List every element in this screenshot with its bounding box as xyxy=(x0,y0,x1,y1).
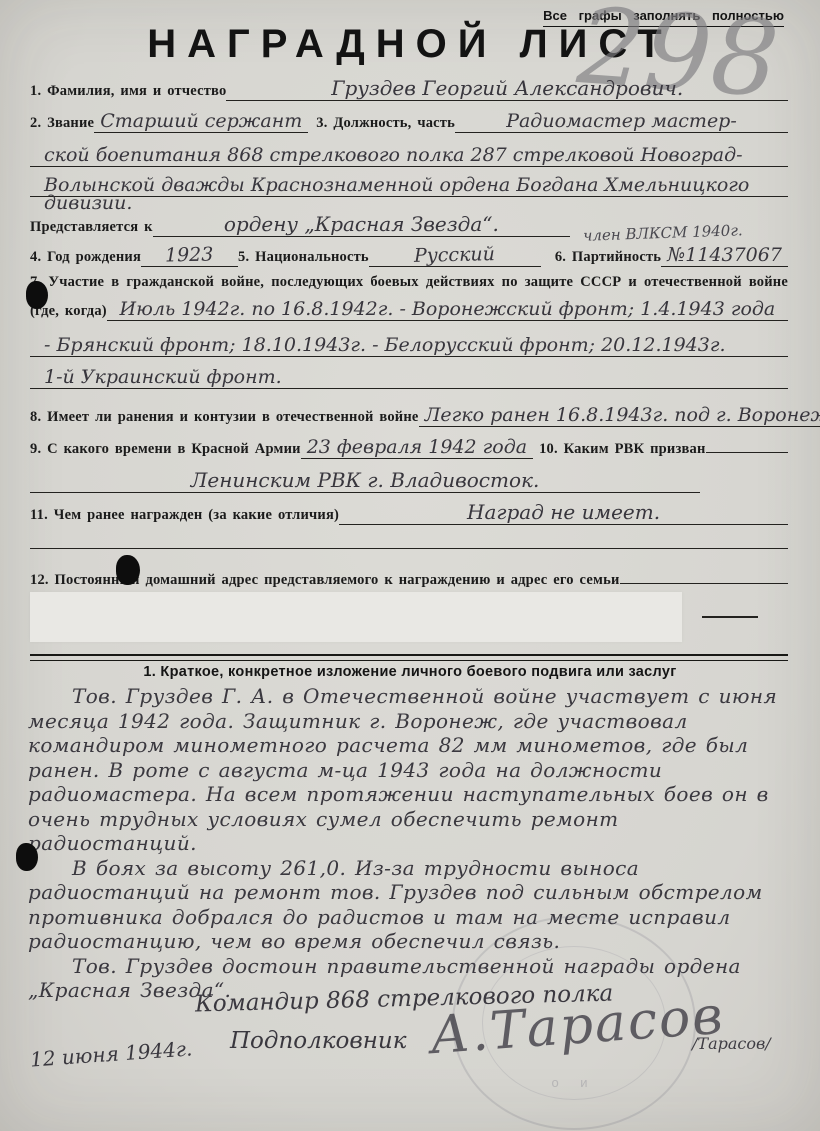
blank-rule xyxy=(30,544,788,549)
party-membership-note: член ВЛКСМ 1940г. xyxy=(583,221,743,245)
field-6-value: №11437067 xyxy=(667,246,782,266)
field-7-label: 7. Участие в гражданской войне, последую… xyxy=(30,274,788,291)
document-title: НАГРАДНОЙ ЛИСТ xyxy=(0,22,820,67)
field-6-label: 6. Партийность xyxy=(555,249,661,266)
feat-description: Тов. Груздев Г. А. в Отечественной войне… xyxy=(28,684,792,1003)
field-7-label-row: 7. Участие в гражданской войне, последую… xyxy=(30,274,788,291)
feat-paragraph-2: В боях за высоту 261,0. Из-за трудности … xyxy=(28,856,792,954)
field-9-10-row: 9. С какого времени в Красной Армии 23 ф… xyxy=(30,438,788,459)
field-7-value-line1: Июль 1942г. по 16.8.1942г. - Воронежский… xyxy=(120,300,776,320)
feat-section-heading: 1. Краткое, конкретное изложение личного… xyxy=(0,664,820,680)
field-4-5-6-row: 4. Год рождения 1923 5. Национальность Р… xyxy=(30,246,788,267)
field-7-fill-2: - Брянский фронт; 18.10.1943г. - Белорус… xyxy=(30,336,788,357)
field-3-fill-2: ской боепитания 868 стрелкового полка 28… xyxy=(30,146,788,167)
field-7-value-row-2: - Брянский фронт; 18.10.1943г. - Белорус… xyxy=(30,336,788,357)
field-7-value-row-3: 1-й Украинский фронт. xyxy=(30,368,788,389)
field-7-value-line3: 1-й Украинский фронт. xyxy=(44,368,282,388)
document-date: 12 июня 1944г. xyxy=(29,1036,193,1071)
field-1-label: 1. Фамилия, имя и отчество xyxy=(30,83,226,100)
field-2-3-row: 2. Звание Старший сержант 3. Должность, … xyxy=(30,112,788,133)
field-8-value: Легко ранен 16.8.1943г. под г. Воронеж. xyxy=(425,406,820,426)
field-8-row: 8. Имеет ли ранения и контузии в отечест… xyxy=(30,406,788,427)
field-10-fill: Ленинским РВК г. Владивосток. xyxy=(30,470,700,493)
hole-punch xyxy=(26,281,48,309)
field-3-value-line1: Радиомастер мастер- xyxy=(506,112,737,132)
field-7-fill-3: 1-й Украинский фронт. xyxy=(30,368,788,389)
field-11-label: 11. Чем ранее награжден (за какие отличи… xyxy=(30,507,339,524)
field-1-value: Груздев Георгий Александрович. xyxy=(331,78,683,99)
signature-attribution: /Тарасов/ xyxy=(692,1034,771,1053)
field-4-fill: 1923 xyxy=(141,246,238,267)
blank-rule-row xyxy=(30,544,788,549)
field-10-value: Ленинским РВК г. Владивосток. xyxy=(191,470,540,491)
field-2-value: Старший сержант xyxy=(100,112,302,132)
line-fragment xyxy=(702,616,758,618)
redacted-address-block xyxy=(30,592,682,642)
presented-to-label: Представляется к xyxy=(30,219,153,236)
signature-rank-line: Подполковник xyxy=(230,1028,406,1054)
hole-punch xyxy=(116,555,140,585)
field-3-value-line4: дивизии. xyxy=(30,194,132,214)
field-8-label: 8. Имеет ли ранения и контузии в отечест… xyxy=(30,409,419,426)
field-5-fill: Русский xyxy=(369,246,541,267)
field-11-value: Наград не имеет. xyxy=(467,502,660,523)
field-7-value-row-1: (где, когда) Июль 1942г. по 16.8.1942г. … xyxy=(30,300,788,321)
field-9-value: 23 февраля 1942 года xyxy=(307,438,527,458)
field-4-label: 4. Год рождения xyxy=(30,249,141,266)
field-3-cont-row-1: ской боепитания 868 стрелкового полка 28… xyxy=(30,146,788,167)
hole-punch xyxy=(16,843,38,871)
field-2-label: 2. Звание xyxy=(30,115,94,132)
field-3-cont-row-3: дивизии. xyxy=(30,194,788,214)
field-10-label: 10. Каким РВК призван xyxy=(539,441,705,458)
award-sheet-document: Все графы заполнять полностью НАГРАДНОЙ … xyxy=(0,0,820,1131)
field-10-fill-empty xyxy=(706,448,788,453)
presented-to-fill: ордену „Красная Звезда“. xyxy=(153,214,570,237)
field-3-fill: Радиомастер мастер- xyxy=(455,112,788,133)
field-9-label: 9. С какого времени в Красной Армии xyxy=(30,441,301,458)
field-12-row: 12. Постоянный домашний адрес представля… xyxy=(30,572,788,589)
presented-to-row: Представляется к ордену „Красная Звезда“… xyxy=(30,214,570,237)
field-9-fill: 23 февраля 1942 года xyxy=(301,438,533,459)
field-3-value-line3: Волынской дважды Краснознаменной ордена … xyxy=(44,176,749,196)
round-stamp-letters: о и xyxy=(454,1075,694,1090)
field-11-row: 11. Чем ранее награжден (за какие отличи… xyxy=(30,502,788,525)
field-6-fill: №11437067 xyxy=(661,246,788,267)
field-12-fill-empty xyxy=(620,579,788,584)
field-1-fill: Груздев Георгий Александрович. xyxy=(226,78,788,101)
field-10-value-row: Ленинским РВК г. Владивосток. xyxy=(30,470,700,493)
feat-paragraph-1: Тов. Груздев Г. А. в Отечественной войне… xyxy=(28,684,792,856)
field-4-value: 1923 xyxy=(165,245,214,266)
field-8-fill: Легко ранен 16.8.1943г. под г. Воронеж. xyxy=(419,406,820,427)
section-divider-rule xyxy=(30,654,788,661)
field-2-fill: Старший сержант xyxy=(94,112,308,133)
field-1-row: 1. Фамилия, имя и отчество Груздев Георг… xyxy=(30,78,788,101)
field-7-fill-1: Июль 1942г. по 16.8.1942г. - Воронежский… xyxy=(107,300,788,321)
field-3-label: 3. Должность, часть xyxy=(316,115,455,132)
field-11-fill: Наград не имеет. xyxy=(339,502,788,525)
field-5-value: Русский xyxy=(414,245,495,267)
field-3-value-line2: ской боепитания 868 стрелкового полка 28… xyxy=(44,146,743,166)
field-7-value-line2: - Брянский фронт; 18.10.1943г. - Белорус… xyxy=(44,336,726,356)
field-5-label: 5. Национальность xyxy=(238,249,369,266)
presented-to-value: ордену „Красная Звезда“. xyxy=(224,214,499,235)
